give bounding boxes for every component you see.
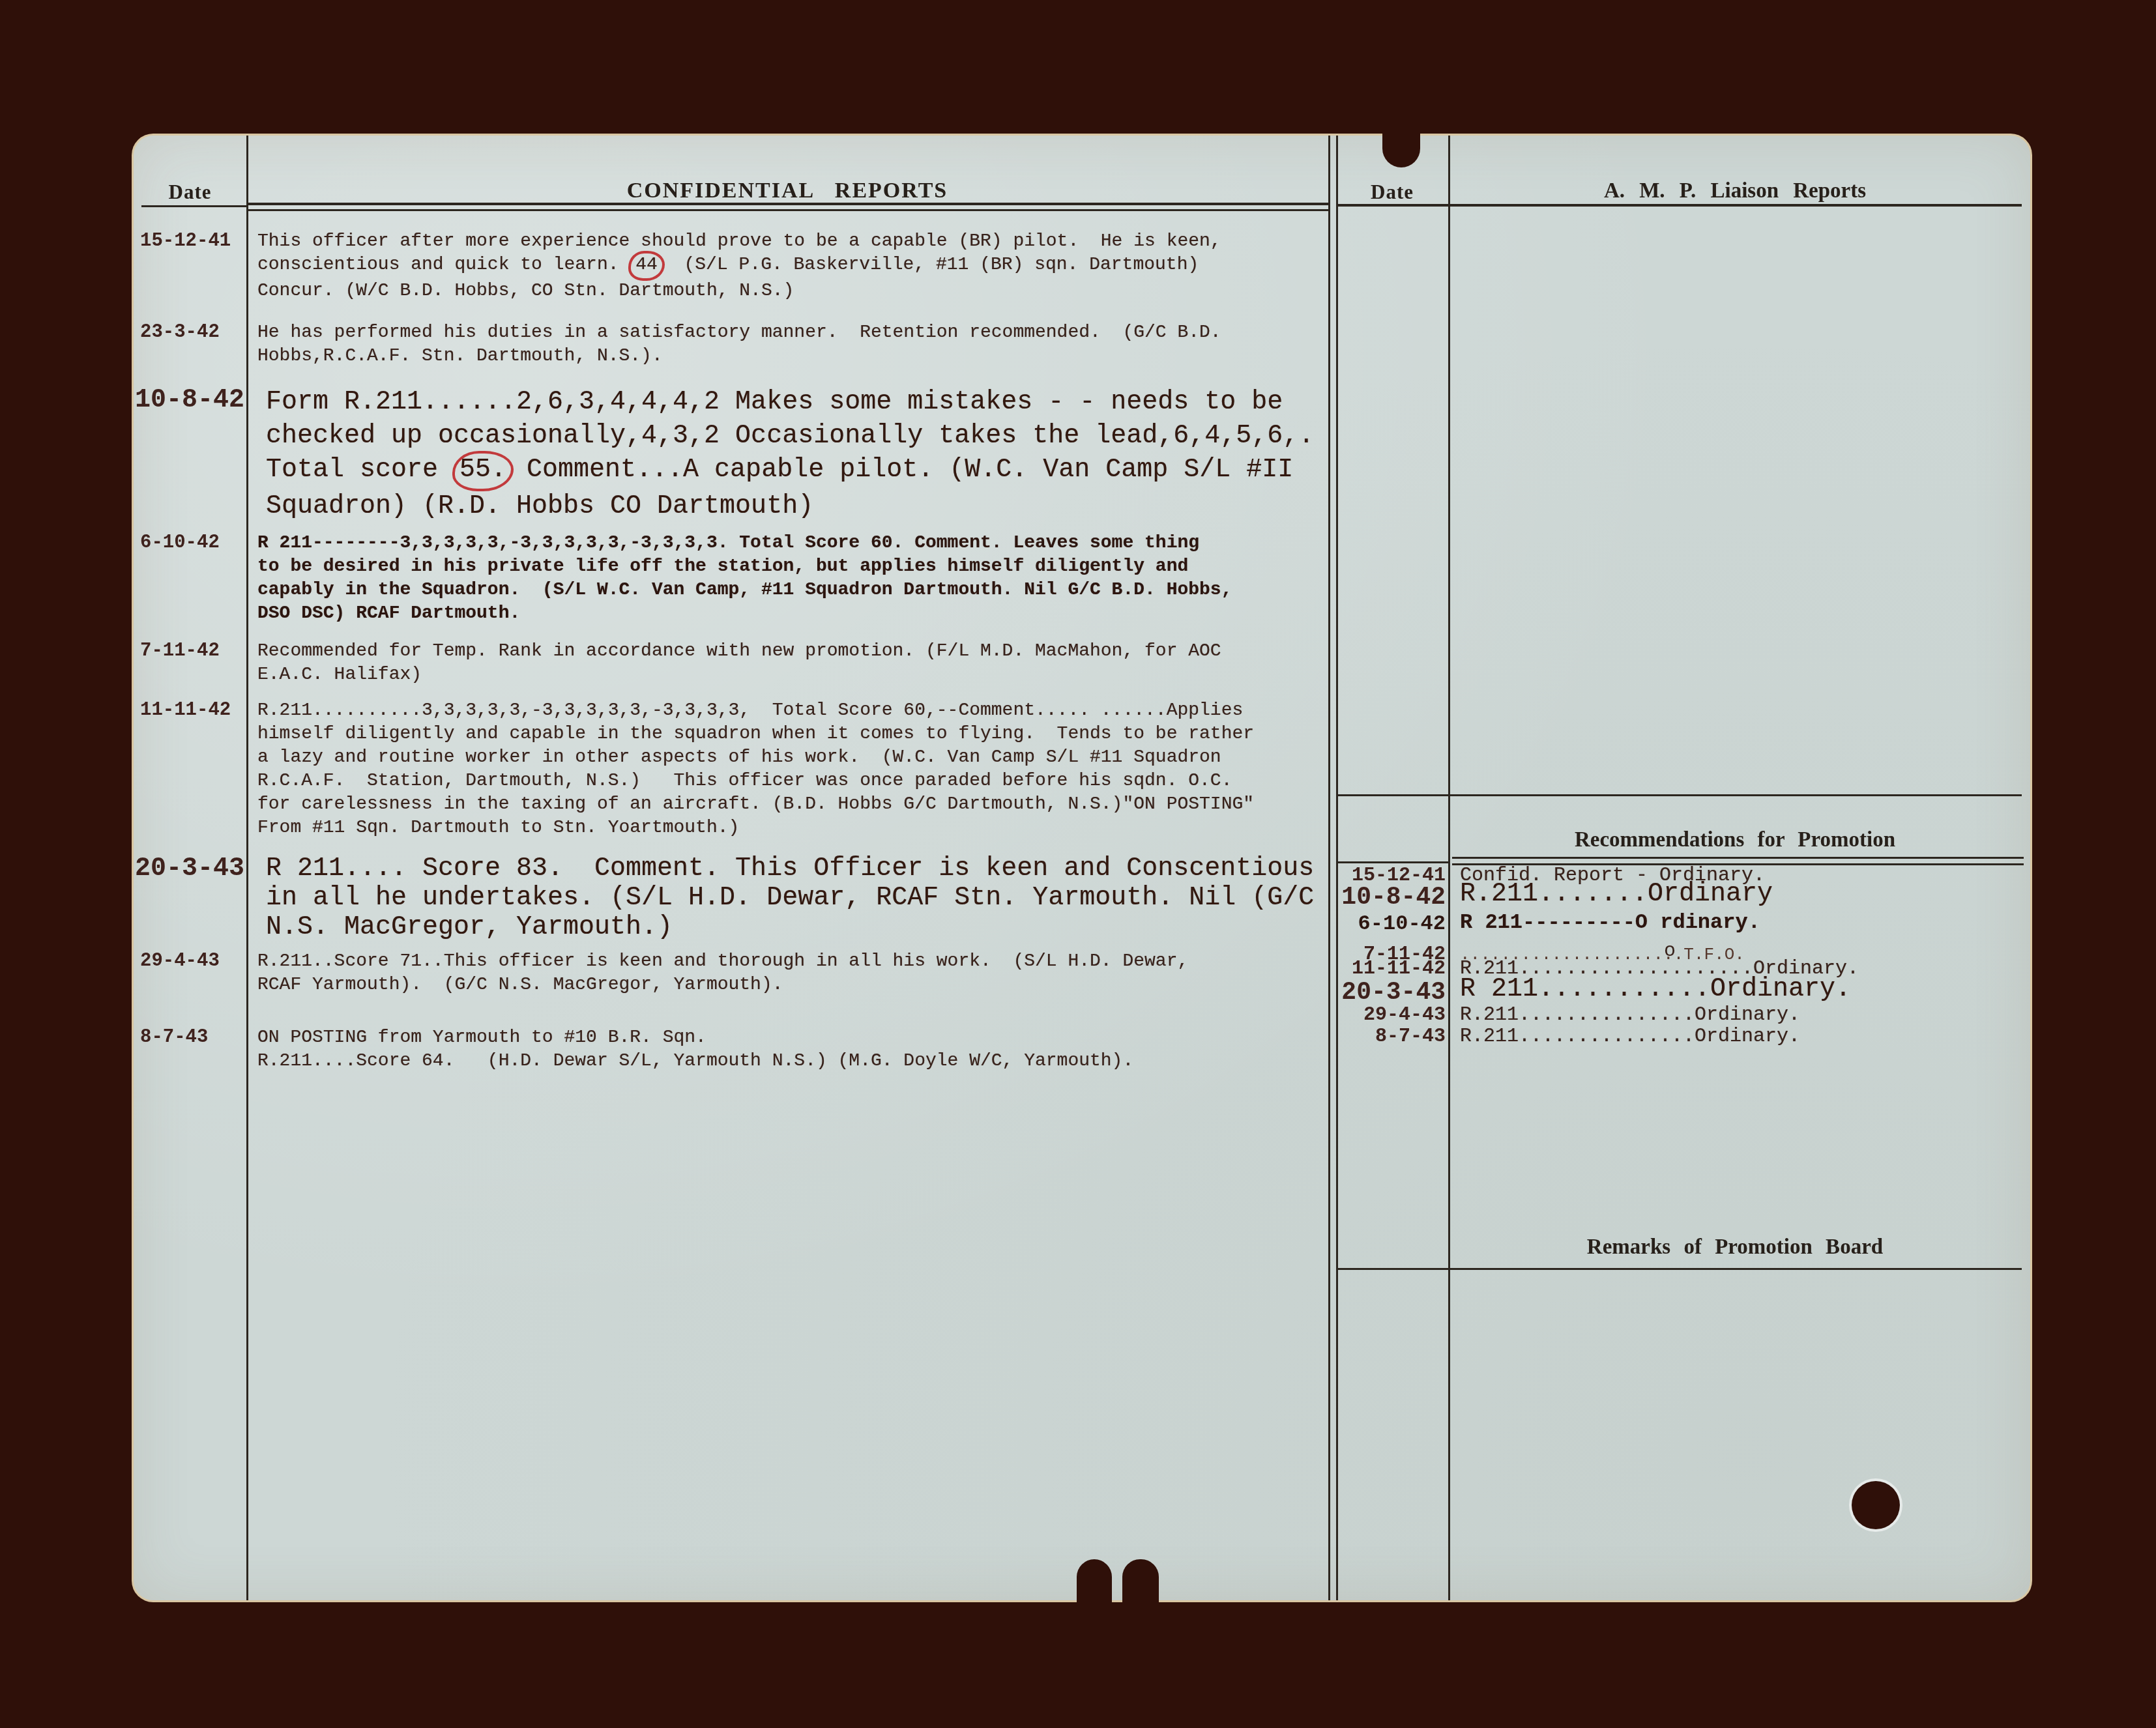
- right-date-header-rule: [1336, 204, 1448, 207]
- entry-date: 10-8-42: [135, 386, 246, 415]
- entry-text-line: E.A.C. Halifax): [257, 663, 1328, 687]
- remarks-header-rule: [1336, 1268, 2022, 1270]
- entry-text-line: DSO DSC) RCAF Dartmouth.: [257, 602, 1328, 626]
- entry-text-line: Total score 55. Comment...A capable pilo…: [266, 454, 1327, 490]
- right-date-column-rule: [1448, 136, 1450, 1600]
- entry-date: 15-12-41: [140, 230, 251, 252]
- entry-text-line: N.S. MacGregor, Yarmouth.): [266, 913, 1327, 942]
- entry-date: 20-3-43: [1336, 979, 1446, 1007]
- entry-text-line: Form R.211......2,6,3,4,4,4,2 Makes some…: [266, 386, 1327, 420]
- entry-text: R 211--------3,3,3,3,3,-3,3,3,3,3,-3,3,3…: [257, 532, 1328, 626]
- bottom-index-notch-right: [1122, 1559, 1159, 1602]
- entry-text: R 211.... Score 83. Comment. This Office…: [266, 854, 1327, 942]
- promotion-date-rule: [1336, 861, 1448, 863]
- entry-date: 6-10-42: [1336, 912, 1446, 936]
- entry-text-line: He has performed his duties in a satisfa…: [257, 321, 1328, 345]
- entry-text-line: for carelessness in the taxing of an air…: [257, 793, 1328, 816]
- entry-date: 23-3-42: [140, 321, 251, 343]
- entry-text: He has performed his duties in a satisfa…: [257, 321, 1328, 368]
- entry-date: 20-3-43: [135, 854, 246, 884]
- entry-text-line: R.211..........3,3,3,3,3,-3,3,3,3,3,-3,3…: [257, 699, 1328, 723]
- entry-text: This officer after more experience shoul…: [257, 230, 1328, 303]
- entry-text-line: RCAF Yarmouth). (G/C N.S. MacGregor, Yar…: [257, 973, 1328, 997]
- liaison-section-bottom-rule: [1336, 794, 2022, 796]
- entry-date: 11-11-42: [1336, 958, 1446, 980]
- recommendations-for-promotion-title: Recommendations for Promotion: [1448, 828, 2022, 852]
- entry-text-line: himself diligently and capable in the sq…: [257, 723, 1328, 746]
- entry-text-line: From #11 Sqn. Dartmouth to Stn. Yoartmou…: [257, 816, 1328, 840]
- red-circled-score: 55.: [452, 451, 514, 491]
- left-date-column-rule: [246, 136, 248, 1600]
- entry-text-line: Concur. (W/C B.D. Hobbs, CO Stn. Dartmou…: [257, 280, 1328, 303]
- entry-text-line: Recommended for Temp. Rank in accordance…: [257, 640, 1328, 663]
- entry-text-line: conscientious and quick to learn. 44 (S/…: [257, 253, 1328, 280]
- red-circled-score: 44: [628, 251, 665, 281]
- entry-text-line: checked up occasionally,4,3,2 Occasional…: [266, 420, 1327, 454]
- entry-text: R.211..Score 71..This officer is keen an…: [257, 950, 1328, 997]
- entry-text: R 211---------O rdinary.: [1460, 912, 2020, 934]
- entry-text: R 211...........Ordinary.: [1460, 979, 2020, 1001]
- promotion-header-rule-top: [1452, 857, 2024, 859]
- entry-text-line: R 211.... Score 83. Comment. This Office…: [266, 854, 1327, 884]
- entry-date: 29-4-43: [1336, 1004, 1446, 1026]
- top-index-notch: [1382, 134, 1420, 167]
- punch-hole: [1852, 1481, 1900, 1529]
- entry-date: 11-11-42: [140, 699, 251, 721]
- entry-text: R.211...............Ordinary.: [1460, 1004, 2020, 1026]
- entry-text: Form R.211......2,6,3,4,4,4,2 Makes some…: [266, 386, 1327, 524]
- entry-text-line: R.211....Score 64. (H.D. Dewar S/L, Yarm…: [257, 1050, 1328, 1073]
- entry-text: ON POSTING from Yarmouth to #10 B.R. Sqn…: [257, 1026, 1328, 1073]
- entry-text: R.211..........3,3,3,3,3,-3,3,3,3,3,-3,3…: [257, 699, 1328, 840]
- entry-date: 7-11-42: [140, 640, 251, 661]
- entry-text-line: This officer after more experience shoul…: [257, 230, 1328, 253]
- confidential-header-rule-bottom: [246, 209, 1328, 211]
- entry-text-line: in all he undertakes. (S/L H.D. Dewar, R…: [266, 884, 1327, 913]
- bottom-index-notch-left: [1077, 1559, 1112, 1602]
- center-page-divider-rule-outer: [1328, 136, 1330, 1600]
- entry-text-line: Squadron) (R.D. Hobbs CO Dartmouth): [266, 490, 1327, 524]
- entry-text: Recommended for Temp. Rank in accordance…: [257, 640, 1328, 687]
- confidential-reports-title: CONFIDENTIAL REPORTS: [246, 179, 1328, 203]
- entry-text-line: Hobbs,R.C.A.F. Stn. Dartmouth, N.S.).: [257, 345, 1328, 368]
- entry-text-line: R.C.A.F. Station, Dartmouth, N.S.) This …: [257, 770, 1328, 793]
- entry-date: 29-4-43: [140, 950, 251, 972]
- entry-text: R.211...............Ordinary.: [1460, 1026, 2020, 1048]
- entry-text-line: to be desired in his private life off th…: [257, 555, 1328, 579]
- entry-text-line: a lazy and routine worker in other aspec…: [257, 746, 1328, 770]
- entry-date: 8-7-43: [1336, 1026, 1446, 1048]
- entry-text-line: ON POSTING from Yarmouth to #10 B.R. Sqn…: [257, 1026, 1328, 1050]
- entry-text-line: capably in the Squadron. (S/L W.C. Van C…: [257, 579, 1328, 602]
- entry-date: 10-8-42: [1336, 884, 1446, 912]
- entry-text: R.211.......Ordinary: [1460, 884, 2020, 906]
- entry-date: 8-7-43: [140, 1026, 251, 1048]
- liaison-header-rule: [1448, 204, 2022, 207]
- left-date-header: Date: [134, 180, 246, 204]
- left-date-header-rule: [141, 205, 246, 207]
- entry-text-line: R.211..Score 71..This officer is keen an…: [257, 950, 1328, 973]
- right-date-header: Date: [1336, 180, 1448, 204]
- personnel-record-card: Date CONFIDENTIAL REPORTS Date A. M. P. …: [134, 136, 2030, 1600]
- entry-date: 6-10-42: [140, 532, 251, 553]
- amp-liaison-reports-title: A. M. P. Liaison Reports: [1448, 179, 2022, 203]
- remarks-of-promotion-board-title: Remarks of Promotion Board: [1448, 1235, 2022, 1260]
- entry-text-line: R 211--------3,3,3,3,3,-3,3,3,3,3,-3,3,3…: [257, 532, 1328, 555]
